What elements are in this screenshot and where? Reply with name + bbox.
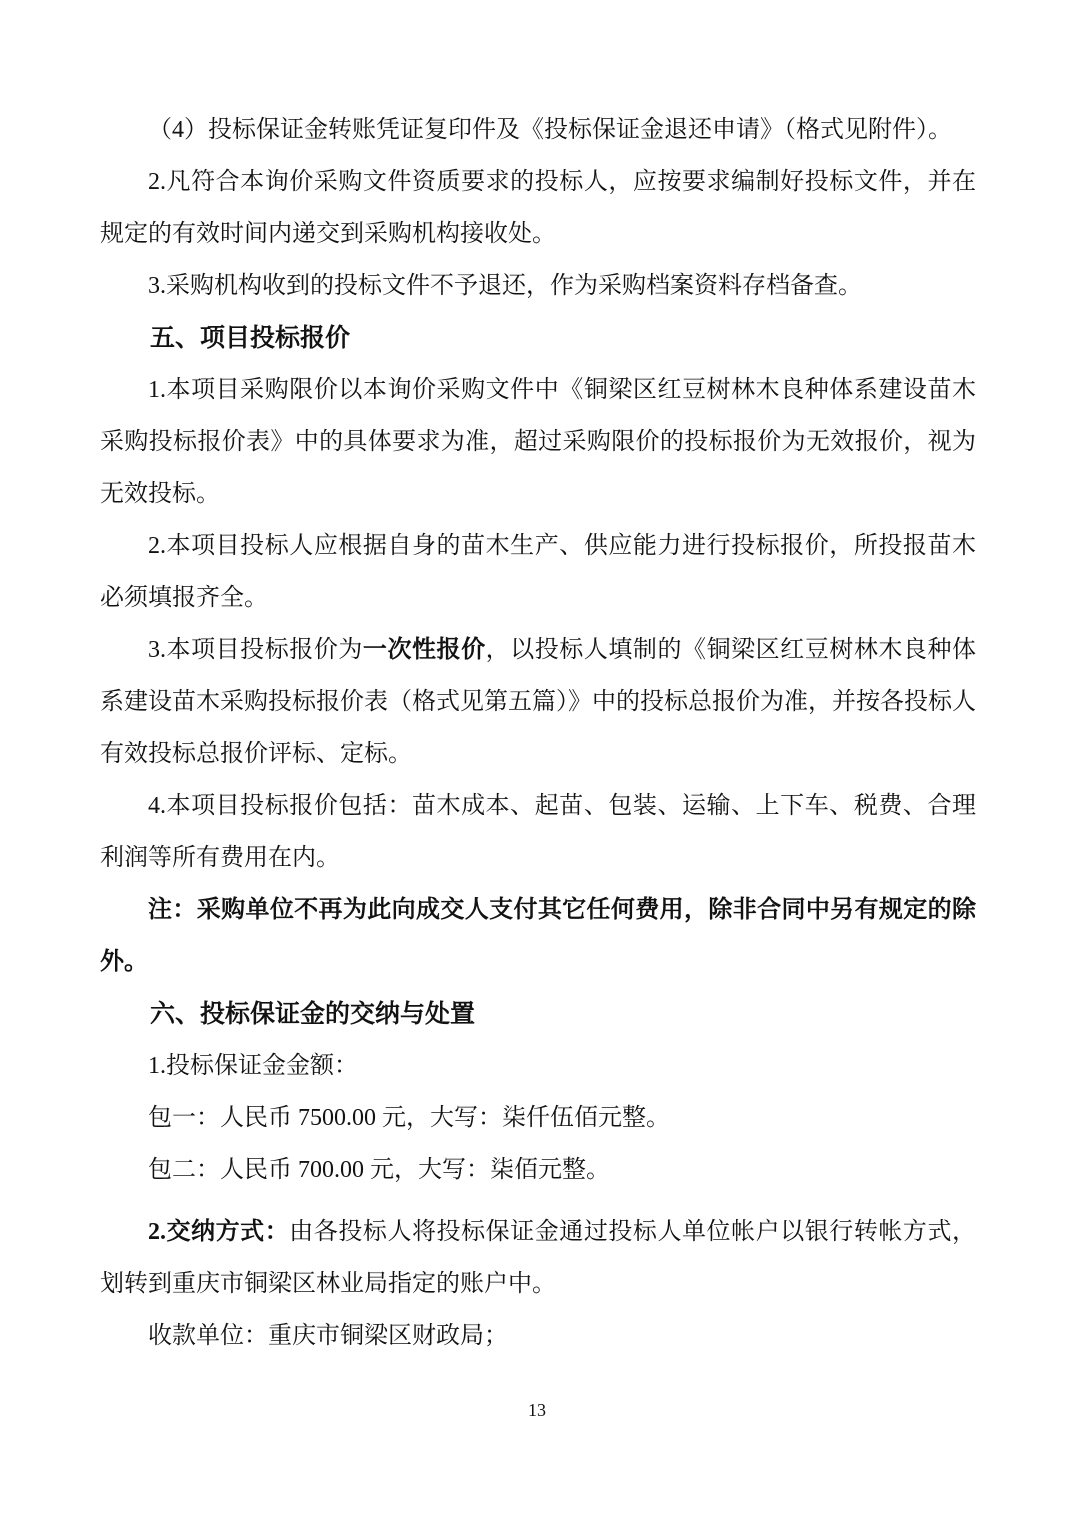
- paragraph-5-3-lead: 3.本项目投标报价为: [148, 637, 363, 663]
- paragraph-rule-3: 3.采购机构收到的投标文件不予退还，作为采购档案资料存档备查。: [100, 260, 976, 312]
- paragraph-payment-method: 2.交纳方式：由各投标人将投标保证金通过投标人单位帐户以银行转帐方式，划转到重庆…: [100, 1206, 976, 1310]
- paragraph-package-1: 包一：人民币 7500.00 元，大写：柒仟伍佰元整。: [100, 1092, 976, 1144]
- page-number: 13: [0, 1398, 1074, 1422]
- document-page: （4）投标保证金转账凭证复印件及《投标保证金退还申请》（格式见附件）。 2.凡符…: [0, 0, 1074, 1520]
- paragraph-5-2: 2.本项目投标人应根据自身的苗木生产、供应能力进行投标报价，所投报苗木必须填报齐…: [100, 520, 976, 624]
- paragraph-rule-2: 2.凡符合本询价采购文件资质要求的投标人，应按要求编制好投标文件，并在规定的有效…: [100, 156, 976, 260]
- document-content: （4）投标保证金转账凭证复印件及《投标保证金退还申请》（格式见附件）。 2.凡符…: [100, 104, 976, 1362]
- paragraph-attachment-item4: （4）投标保证金转账凭证复印件及《投标保证金退还申请》（格式见附件）。: [100, 104, 976, 156]
- paragraph-package-2: 包二：人民币 700.00 元，大写：柒佰元整。: [100, 1144, 976, 1196]
- section-heading-5: 五、项目投标报价: [100, 312, 976, 364]
- paragraph-note: 注：采购单位不再为此向成交人支付其它任何费用，除非合同中另有规定的除外。: [100, 884, 976, 988]
- section-heading-6: 六、投标保证金的交纳与处置: [100, 988, 976, 1040]
- paragraph-5-1: 1.本项目采购限价以本询价采购文件中《铜梁区红豆树林木良种体系建设苗木采购投标报…: [100, 364, 976, 520]
- payment-method-label-bold: 2.交纳方式：: [148, 1219, 289, 1245]
- paragraph-5-4: 4.本项目投标报价包括：苗木成本、起苗、包装、运输、上下车、税费、合理利润等所有…: [100, 780, 976, 884]
- one-time-quote-bold-text: 一次性报价: [363, 637, 486, 663]
- paragraph-payee: 收款单位：重庆市铜梁区财政局；: [100, 1310, 976, 1362]
- paragraph-deposit-amount: 1.投标保证金金额：: [100, 1040, 976, 1092]
- paragraph-5-3: 3.本项目投标报价为一次性报价，以投标人填制的《铜梁区红豆树林木良种体系建设苗木…: [100, 624, 976, 780]
